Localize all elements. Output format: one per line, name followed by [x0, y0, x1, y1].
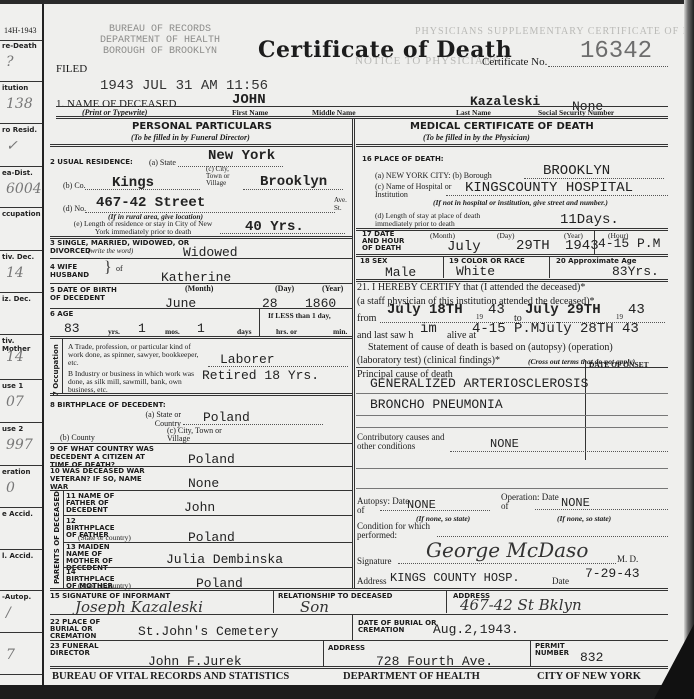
certificate-no-label: Certificate No.	[482, 56, 547, 68]
sex-value: Male	[385, 265, 416, 280]
scan-corner	[654, 624, 694, 699]
page-title: Certificate of Death	[258, 37, 512, 63]
brace: }	[104, 259, 112, 277]
scan-edge-bottom	[0, 685, 694, 699]
father-name: John	[184, 500, 215, 515]
residence-state: New York	[208, 148, 275, 164]
attended-to: July 29TH	[525, 302, 601, 318]
footer-city: CITY OF NEW YORK	[537, 671, 641, 682]
informant-address: 467-42 St Bklyn	[460, 596, 582, 614]
permit-number: 832	[580, 650, 603, 665]
last-seen-time: 4-15 P.M	[472, 321, 539, 337]
principal-cause-1: GENERALIZED ARTERIOSCLEROSIS	[370, 376, 588, 391]
certificate-page: 14H-1943 re-Death? itution138 ro Resid.✓…	[0, 0, 694, 699]
sidebar-cell: iz. Dec.	[0, 293, 42, 335]
attended-from-year: 43	[488, 302, 505, 318]
filed-label: FILED	[56, 63, 87, 75]
footer-bureau: BUREAU OF VITAL RECORDS AND STATISTICS	[52, 671, 289, 682]
operation-date: NONE	[561, 496, 590, 510]
death-borough: BROOKLYN	[543, 163, 610, 179]
principal-cause-2: BRONCHO PNEUMONIA	[370, 397, 503, 412]
contributory-causes: NONE	[490, 437, 519, 451]
residence-length: 40 Yrs.	[245, 219, 304, 235]
death-day: 29TH	[516, 238, 550, 254]
sidebar-cell: tiv. Mother14	[0, 335, 42, 380]
footer-department: DEPARTMENT OF HEALTH	[343, 671, 480, 682]
last-seen-date: July 28TH 43	[538, 321, 639, 337]
sidebar-cell: itution138	[0, 82, 42, 124]
sidebar-cell: ro Resid.✓	[0, 124, 42, 167]
sidebar-cell: -Autop./	[0, 591, 42, 633]
physician-address: KINGS COUNTY HOSP.	[390, 571, 520, 585]
citizenship: Poland	[188, 452, 235, 467]
sidebar-cell: 7	[0, 633, 42, 675]
bleed-through-text: PHYSICIANS SUPPLEMENTARY CERTIFICATE OF …	[415, 26, 694, 37]
attended-to-year: 43	[628, 302, 645, 318]
residence-street: 467-42 Street	[96, 195, 205, 211]
sidebar-cell: tiv. Dec.14	[0, 251, 42, 293]
bureau-stamp: BUREAU OF RECORDS DEPARTMENT OF HEALTH B…	[95, 24, 225, 57]
birthplace-country: Poland	[203, 410, 250, 425]
age-months: 1	[138, 321, 146, 336]
certificate-number: 16342	[580, 38, 652, 65]
burial-place: St.John's Cemetery	[138, 624, 278, 639]
sidebar-code: 14H-1943	[4, 26, 36, 35]
burial-date: Aug.2,1943.	[433, 622, 519, 637]
residence-city: Brooklyn	[260, 174, 327, 190]
age-years: 83	[64, 321, 80, 336]
war-veteran: None	[188, 476, 219, 491]
mother-maiden-name: Julia Dembinska	[166, 552, 283, 567]
approximate-age: 83Yrs.	[612, 264, 659, 279]
medical-heading: MEDICAL CERTIFICATE OF DEATH	[410, 121, 594, 132]
physician-sign-date: 7-29-43	[585, 566, 640, 581]
death-month: July	[447, 239, 481, 255]
hospital-name: KINGSCOUNTY HOSPITAL	[465, 180, 633, 196]
sidebar-cell: e Accid.	[0, 508, 42, 550]
sidebar-cell: ccupation	[0, 208, 42, 251]
sidebar-cell: re-Death?	[0, 40, 42, 82]
sidebar-cell: use 2997	[0, 423, 42, 466]
personal-heading: PERSONAL PARTICULARS	[132, 121, 272, 132]
physician-signature: George McDaso	[426, 538, 588, 562]
residence-county: Kings	[112, 175, 154, 191]
occupation-industry: Retired 18 Yrs.	[202, 368, 319, 383]
race-value: White	[456, 264, 495, 279]
sidebar-cell: use 107	[0, 380, 42, 423]
occupation-trade: Laborer	[220, 352, 275, 367]
length-of-stay: 11Days.	[560, 212, 619, 228]
scan-edge-right	[684, 0, 694, 699]
age-days: 1	[197, 321, 205, 336]
attended-from: July 18TH	[387, 302, 463, 318]
sidebar-cell: ea-Dist.6004	[0, 167, 42, 208]
coding-sidebar: 14H-1943 re-Death? itution138 ro Resid.✓…	[0, 4, 44, 694]
sidebar-cell: eration0	[0, 466, 42, 508]
death-hour: 4-15 P.M	[598, 236, 660, 251]
sidebar-cell: l. Accid.	[0, 550, 42, 591]
